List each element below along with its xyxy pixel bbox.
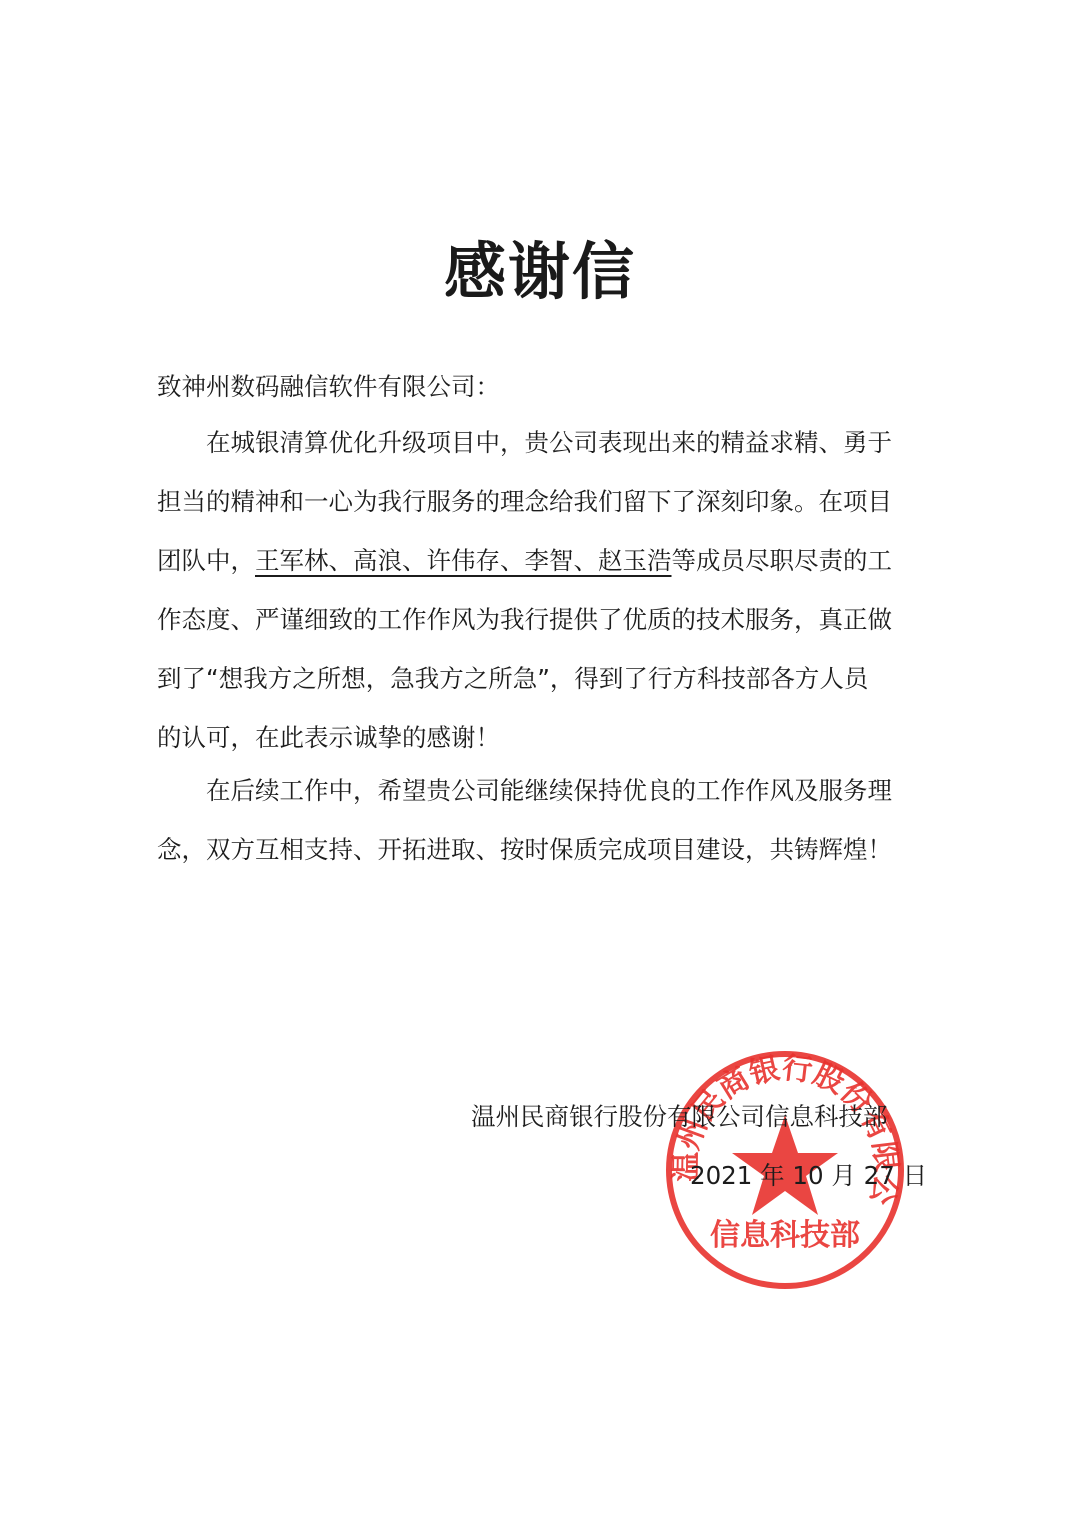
paragraph-1-line-6: 的认可，在此表示诚挚的感谢！ (157, 723, 500, 753)
paragraph-1-line-4: 作态度、严谨细致的工作作风为我行提供了优质的技术服务，真正做 (157, 605, 892, 635)
letter-title: 感谢信 (0, 222, 1080, 311)
paragraph-1-line-1: 在城银清算优化升级项目中，贵公司表现出来的精益求精、勇于 (206, 428, 892, 458)
paragraph-1-line-3: 团队中，王军林、高浪、许伟存、李智、赵玉浩等成员尽职尽责的工 (157, 546, 892, 576)
seal-inner-text: 信息科技部 (710, 1218, 860, 1253)
paragraph-2-line-1: 在后续工作中，希望贵公司能继续保持优良的工作作风及服务理 (206, 776, 892, 806)
paragraph-1-line-5: 到了“想我方之所想，急我方之所急”，得到了行方科技部各方人员 (157, 664, 868, 694)
paragraph-1-line-2: 担当的精神和一心为我行服务的理念给我们留下了深刻印象。在项目 (157, 487, 892, 517)
team-prefix: 团队中， (157, 546, 255, 575)
team-member-names: 王军林、高浪、许伟存、李智、赵玉浩 (255, 546, 672, 575)
signature-date: 2021 年 10 月 27 日 (690, 1157, 927, 1192)
signature-organization: 温州民商银行股份有限公司信息科技部 (471, 1098, 888, 1133)
salutation: 致神州数码融信软件有限公司： (157, 372, 500, 402)
paragraph-2-line-2: 念，双方互相支持、开拓进取、按时保质完成项目建设，共铸辉煌！ (157, 835, 892, 865)
team-suffix: 等成员尽职尽责的工 (672, 546, 893, 575)
